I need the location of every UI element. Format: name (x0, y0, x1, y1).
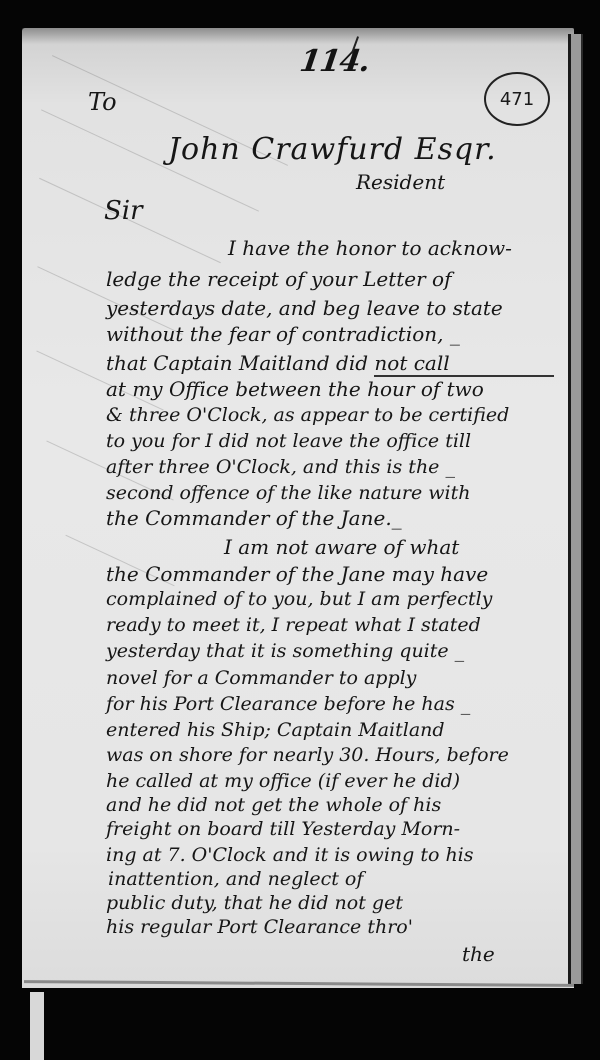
archive-stamp: 471 (484, 72, 550, 126)
letter-line: novel for a Commander to apply (106, 667, 416, 689)
letter-line: for his Port Clearance before he has _ (106, 693, 470, 715)
letter-line: & three O'Clock, as appear to be certifi… (106, 404, 509, 426)
letter-line: the Commander of the Jane._ (106, 506, 402, 530)
letter-line: ready to meet it, I repeat what I stated (106, 614, 481, 636)
letter-line: at my Office between the hour of two (106, 377, 484, 401)
letter-line: yesterday that it is something quite _ (106, 640, 464, 662)
letter-line: that Captain Maitland did not call (106, 351, 450, 375)
letter-line: after three O'Clock, and this is the _ (106, 456, 455, 478)
underlying-page-strip (30, 992, 44, 1060)
letter-line: ledge the receipt of your Letter of (106, 267, 452, 291)
addressee-title: Resident (356, 170, 445, 194)
letter-line: yesterdays date, and beg leave to state (106, 296, 503, 320)
salutation-to: To (88, 88, 117, 116)
letter-line: the Commander of the Jane may have (106, 562, 488, 586)
letter-line: and he did not get the whole of his (106, 794, 441, 816)
letter-line: to you for I did not leave the office ti… (106, 430, 471, 452)
letter-line: entered his Ship; Captain Maitland (106, 719, 445, 741)
folio-number: 114. (298, 44, 372, 79)
letter-line: he called at my office (if ever he did) (106, 770, 460, 792)
page-shadow (22, 28, 574, 44)
addressee-name: John Crawfurd Esqr. (168, 132, 497, 167)
letter-line: freight on board till Yesterday Morn- (106, 818, 460, 840)
binding-edge (568, 34, 583, 984)
letter-line: his regular Port Clearance thro' (106, 916, 413, 938)
letter-line: I am not aware of what (224, 535, 459, 559)
catchword: the (462, 942, 495, 966)
letter-line: complained of to you, but I am perfectly (106, 588, 492, 610)
letter-line: second offence of the like nature with (106, 482, 470, 504)
letter-line: was on shore for nearly 30. Hours, befor… (106, 744, 509, 766)
letter-line: I have the honor to acknow- (228, 236, 512, 260)
letter-line: inattention, and neglect of (108, 868, 363, 890)
letter-line: public duty, that he did not get (106, 892, 403, 914)
letter-line: ing at 7. O'Clock and it is owing to his (106, 844, 474, 866)
archive-stamp-number: 471 (500, 89, 534, 110)
greeting: Sir (104, 196, 143, 226)
letter-line: without the fear of contradiction, _ (106, 322, 460, 346)
